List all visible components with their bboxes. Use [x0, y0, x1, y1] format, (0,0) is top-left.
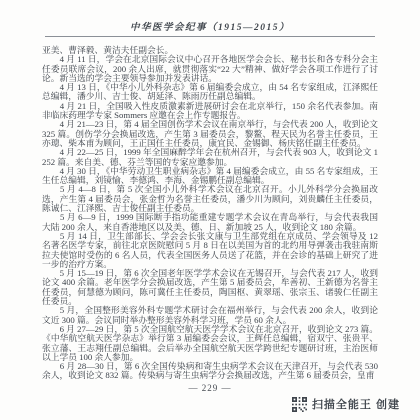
paragraph: 4 月 21 日，全国吸入性皮质激素新进展研讨会在北京举行，150 余名代表参加… [42, 102, 378, 121]
paragraph: 4 月 21—23 日，第 4 届全国创伤学术会议在南京举行，与会代表 200 … [42, 120, 378, 148]
paragraph: 6 月 28—30 日，第 6 次全国传染病和寄生虫病学术会议在天津召开，与会代… [42, 362, 378, 381]
paragraph: 6 月 27—29 日，第 5 次全国航空航天医学学术会议在北京召开，收到论文 … [42, 325, 378, 362]
paragraph: 4 月 11 日，学会在北京国际会议中心召开各地医学会会长、秘书长和各专科分会主… [42, 55, 378, 83]
paragraph: 5 月 4—8 日，第 5 次全国小儿外科学术会议在北京召开。小儿外科学分会换届… [42, 185, 378, 213]
page-header-title: 中华医学会纪事（1915—2015） [0, 19, 420, 33]
header-divider [45, 36, 375, 37]
paragraph: 4 月 22—25 日，1999 年全国麻醉学年会在杭州召开，与会代表 903 … [42, 148, 378, 167]
paragraph: 4 月 13 日，《中华小儿外科杂志》第 6 届编委会成立，由 54 名专家组成… [42, 83, 378, 102]
watermark-text: 扫描全能王 创建 [312, 396, 400, 412]
body-text: 亚美、曹泽毅、黄洁夫任副会长。 4 月 11 日，学会在北京国际会议中心召开各地… [42, 46, 378, 381]
scanned-document-page: 中华医学会纪事（1915—2015） 亚美、曹泽毅、黄洁夫任副会长。 4 月 1… [0, 0, 420, 420]
paragraph: 5 月 14 日，卫生部部长、学会会长张文康与卫生部党组在京成员、学会领导及 1… [42, 232, 378, 269]
scanner-watermark: 扫描全能王 创建 [292, 396, 400, 412]
paragraph: 5 月 6—9 日，1999 国际断手指功能重建专题学术会议在青岛举行，与会代表… [42, 213, 378, 232]
page-number: — 229 — [0, 383, 420, 393]
paragraph: 5 月，全国整形美容外科专题学术研讨会在福州举行，与会代表 200 余人，收到论… [42, 306, 378, 325]
paragraph: 5 月 15—19 日，第 6 次全国老年医学学术会议在无锡召开，与会代表 21… [42, 269, 378, 306]
paragraph: 4 月 30 日，《中华劳动卫生职业病杂志》第 4 届编委会成立，由 55 名专… [42, 167, 378, 186]
qr-code-icon [292, 397, 307, 412]
